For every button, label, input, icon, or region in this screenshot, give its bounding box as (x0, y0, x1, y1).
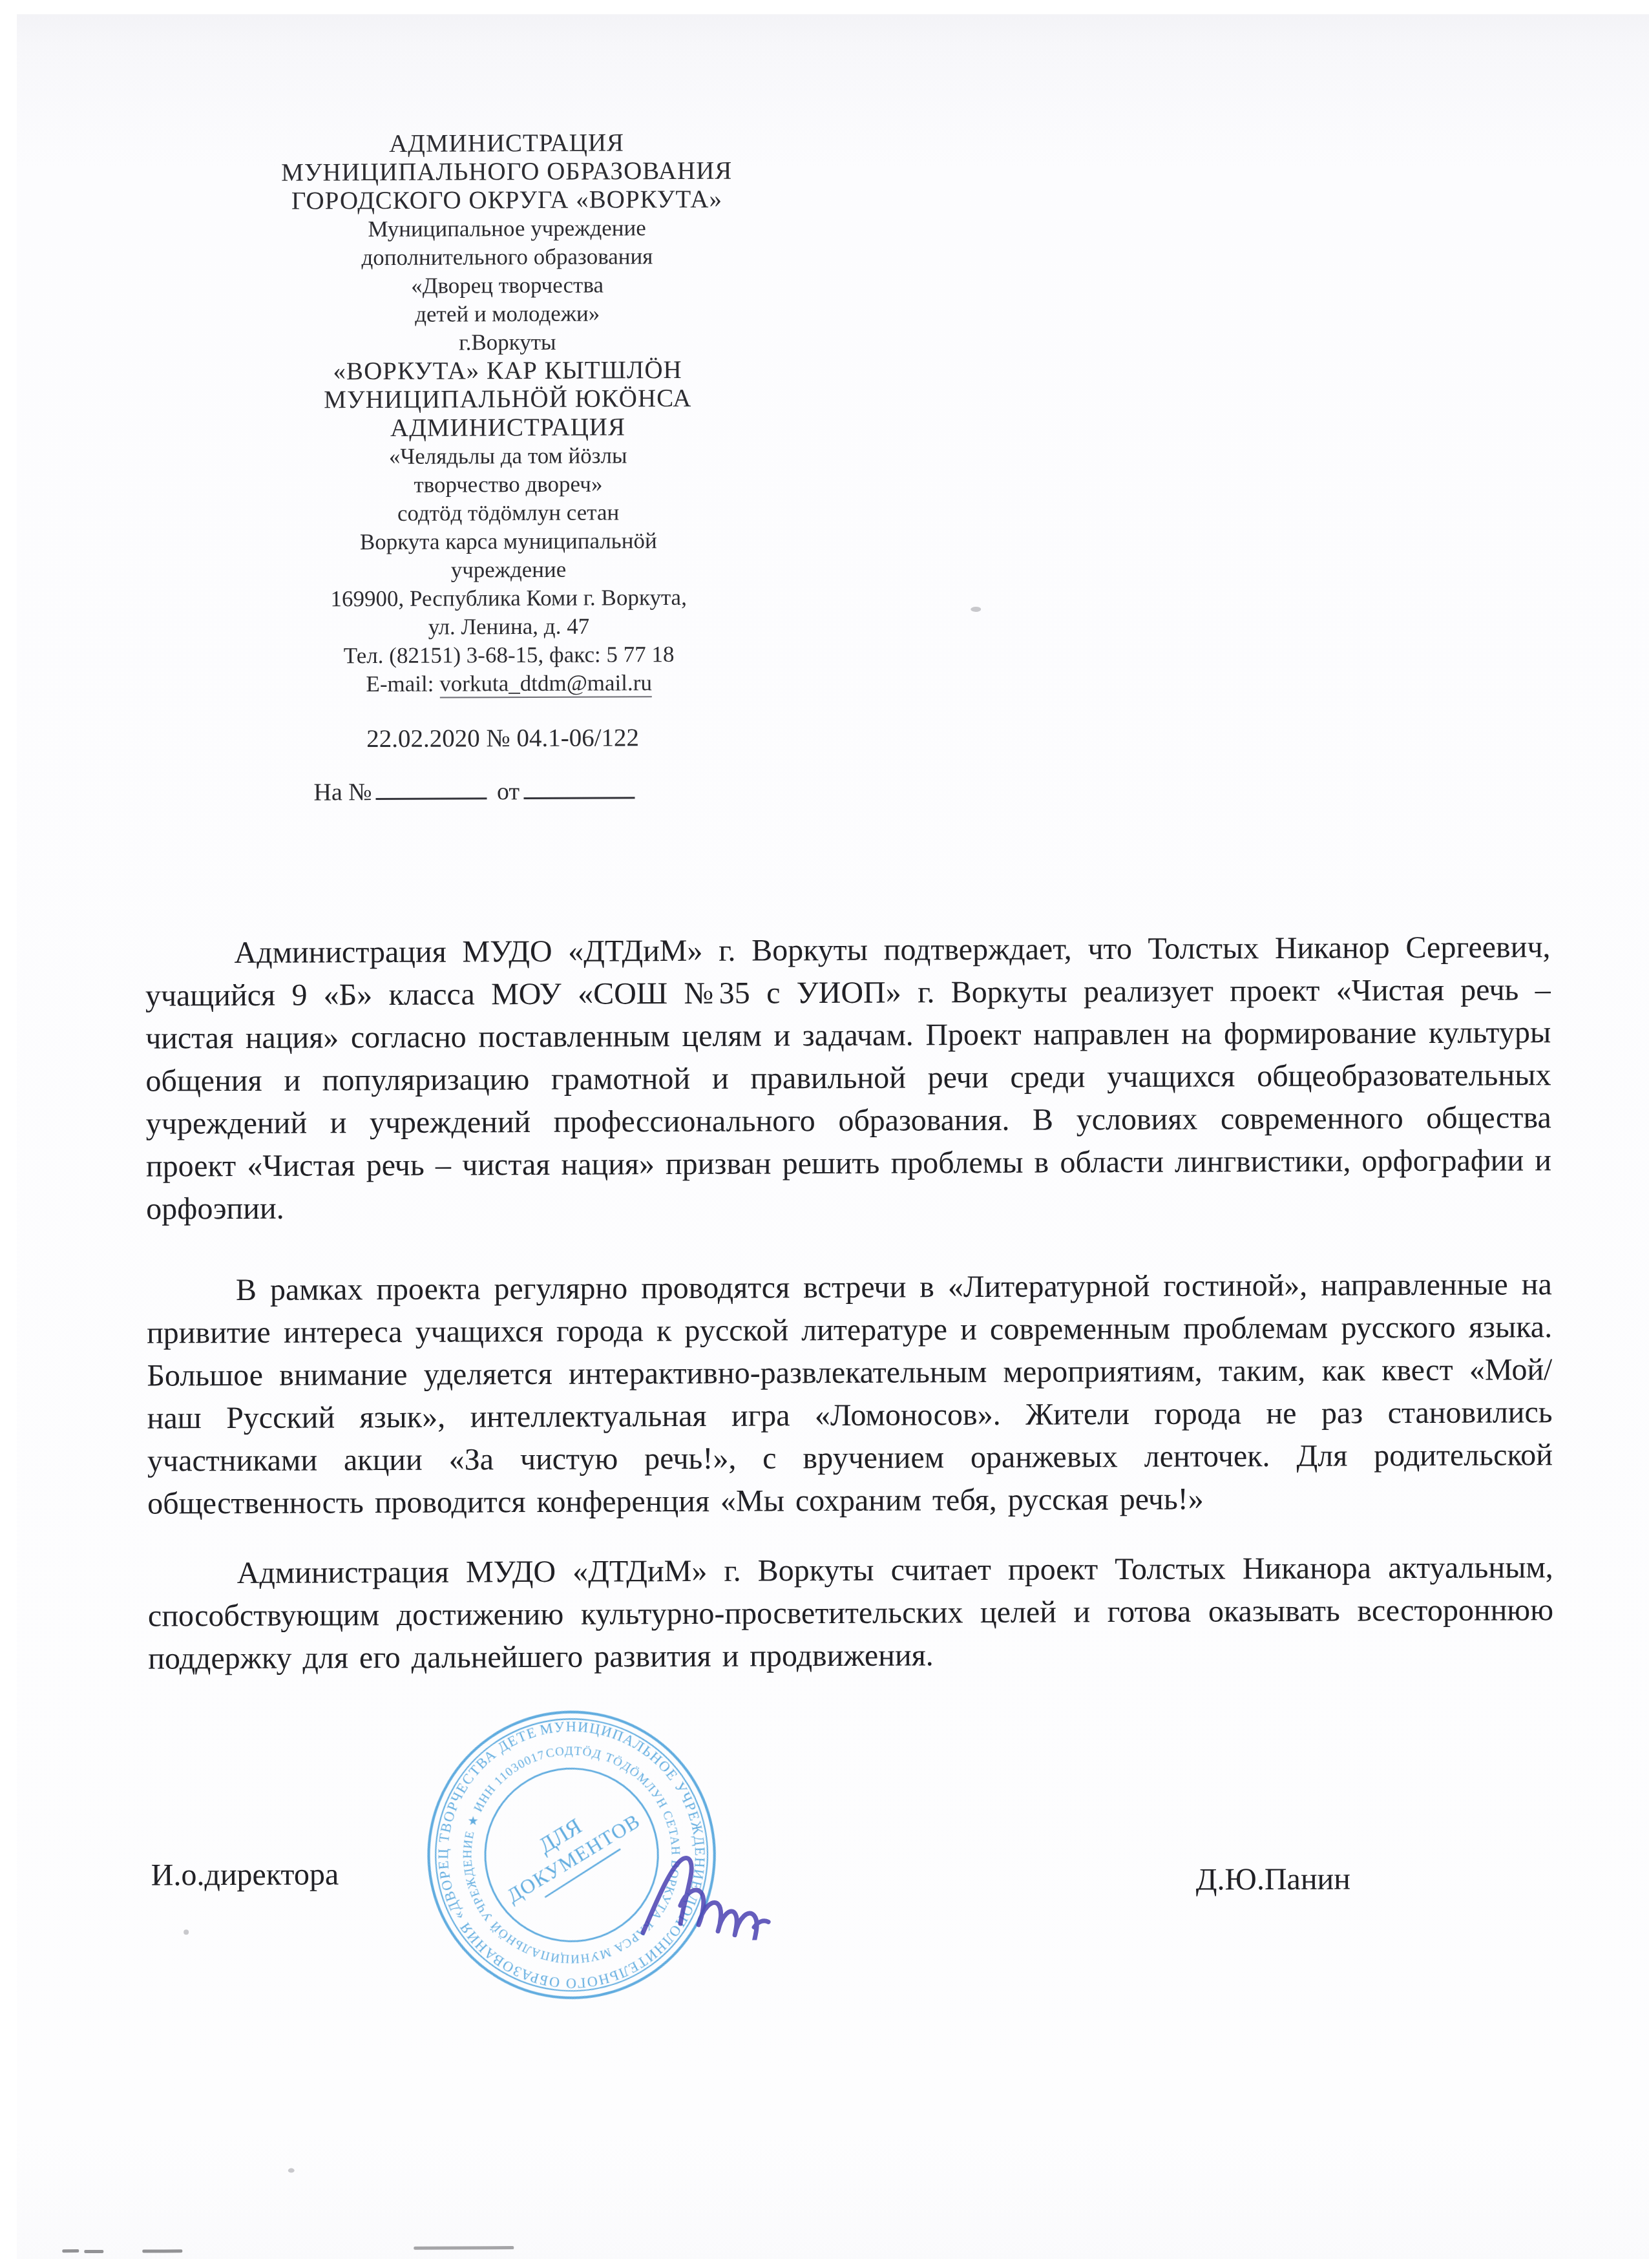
reply-reference-line: На № от (313, 773, 638, 806)
letterhead-line: ГОРОДСКОГО ОКРУГА «ВОРКУТА» (190, 185, 823, 216)
letter-content: АДМИНИСТРАЦИЯ МУНИЦИПАЛЬНОГО ОБРАЗОВАНИЯ… (0, 0, 1649, 2268)
scanned-letter-page: АДМИНИСТРАЦИЯ МУНИЦИПАЛЬНОГО ОБРАЗОВАНИЯ… (0, 0, 1649, 2268)
signer-role: И.о.директора (151, 1856, 339, 1893)
reply-separator: от (497, 778, 520, 805)
letter-body: Администрация МУДО «ДТДиМ» г. Воркуты по… (145, 926, 1553, 1680)
scan-speck (288, 2168, 295, 2173)
letterhead-line: г.Воркуты (191, 327, 824, 358)
letterhead-line: «Дворец творчества (191, 270, 824, 301)
scan-bottom-dash (414, 2246, 514, 2250)
reply-number-blank (375, 774, 487, 800)
letterhead-line-komi: творчество двореч» (191, 469, 824, 500)
letterhead-line-komi: «ВОРКУТА» КАР КЫТШЛÖН (191, 355, 824, 386)
letterhead-line-komi: МУНИЦИПАЛЬНÖЙ ЮКÖНСА (191, 384, 824, 415)
email-label: E-mail: (366, 671, 439, 697)
letterhead-line: детей и молодежи» (191, 299, 824, 330)
paragraph-project-confirmation: Администрация МУДО «ДТДиМ» г. Воркуты по… (145, 926, 1551, 1230)
letterhead-line: дополнительного образования (191, 242, 824, 273)
letterhead-line-komi: учреждение (192, 554, 825, 585)
scan-bottom-dash (84, 2250, 103, 2253)
letterhead-line-komi: АДМИНИСТРАЦИЯ (191, 412, 824, 443)
letterhead-line: АДМИНИСТРАЦИЯ (190, 128, 823, 159)
scan-edge-bottom (0, 2259, 1649, 2268)
letterhead-line: МУНИЦИПАЛЬНОГО ОБРАЗОВАНИЯ (190, 156, 823, 187)
scan-speck (971, 607, 981, 612)
paragraph-project-support: Администрация МУДО «ДТДиМ» г. Воркуты сч… (148, 1546, 1554, 1680)
signer-name: Д.Ю.Панин (1196, 1861, 1350, 1897)
letterhead-address-line: ул. Ленина, д. 47 (192, 611, 825, 642)
scan-bottom-dash (62, 2249, 79, 2252)
letterhead: АДМИНИСТРАЦИЯ МУНИЦИПАЛЬНОГО ОБРАЗОВАНИЯ… (190, 128, 826, 699)
letterhead-line-komi: «Челядьлы да том йöзлы (191, 441, 824, 472)
letterhead-phone-line: Тел. (82151) 3-68-15, факс: 5 77 18 (192, 640, 825, 671)
email-link[interactable]: vorkuta_dtdm@mail.ru (439, 670, 652, 698)
letterhead-email-line: E-mail: vorkuta_dtdm@mail.ru (193, 668, 826, 699)
paragraph-project-activities: В рамках проекта регулярно проводятся вс… (147, 1263, 1553, 1525)
letterhead-line-komi: Воркута карса муниципальнöй (192, 526, 825, 557)
scan-speck (184, 1929, 189, 1935)
outgoing-date-number: 22.02.2020 № 04.1-06/122 (361, 723, 645, 753)
handwritten-signature (634, 1843, 790, 1940)
letterhead-line-komi: содтöд тöдöмлун сетан (191, 498, 824, 529)
letterhead-address-line: 169900, Республика Коми г. Воркута, (192, 583, 825, 614)
reply-date-blank (523, 773, 635, 799)
letterhead-line: Муниципальное учреждение (191, 213, 824, 244)
reply-prefix: На № (313, 779, 372, 806)
scan-bottom-dash (142, 2249, 182, 2252)
